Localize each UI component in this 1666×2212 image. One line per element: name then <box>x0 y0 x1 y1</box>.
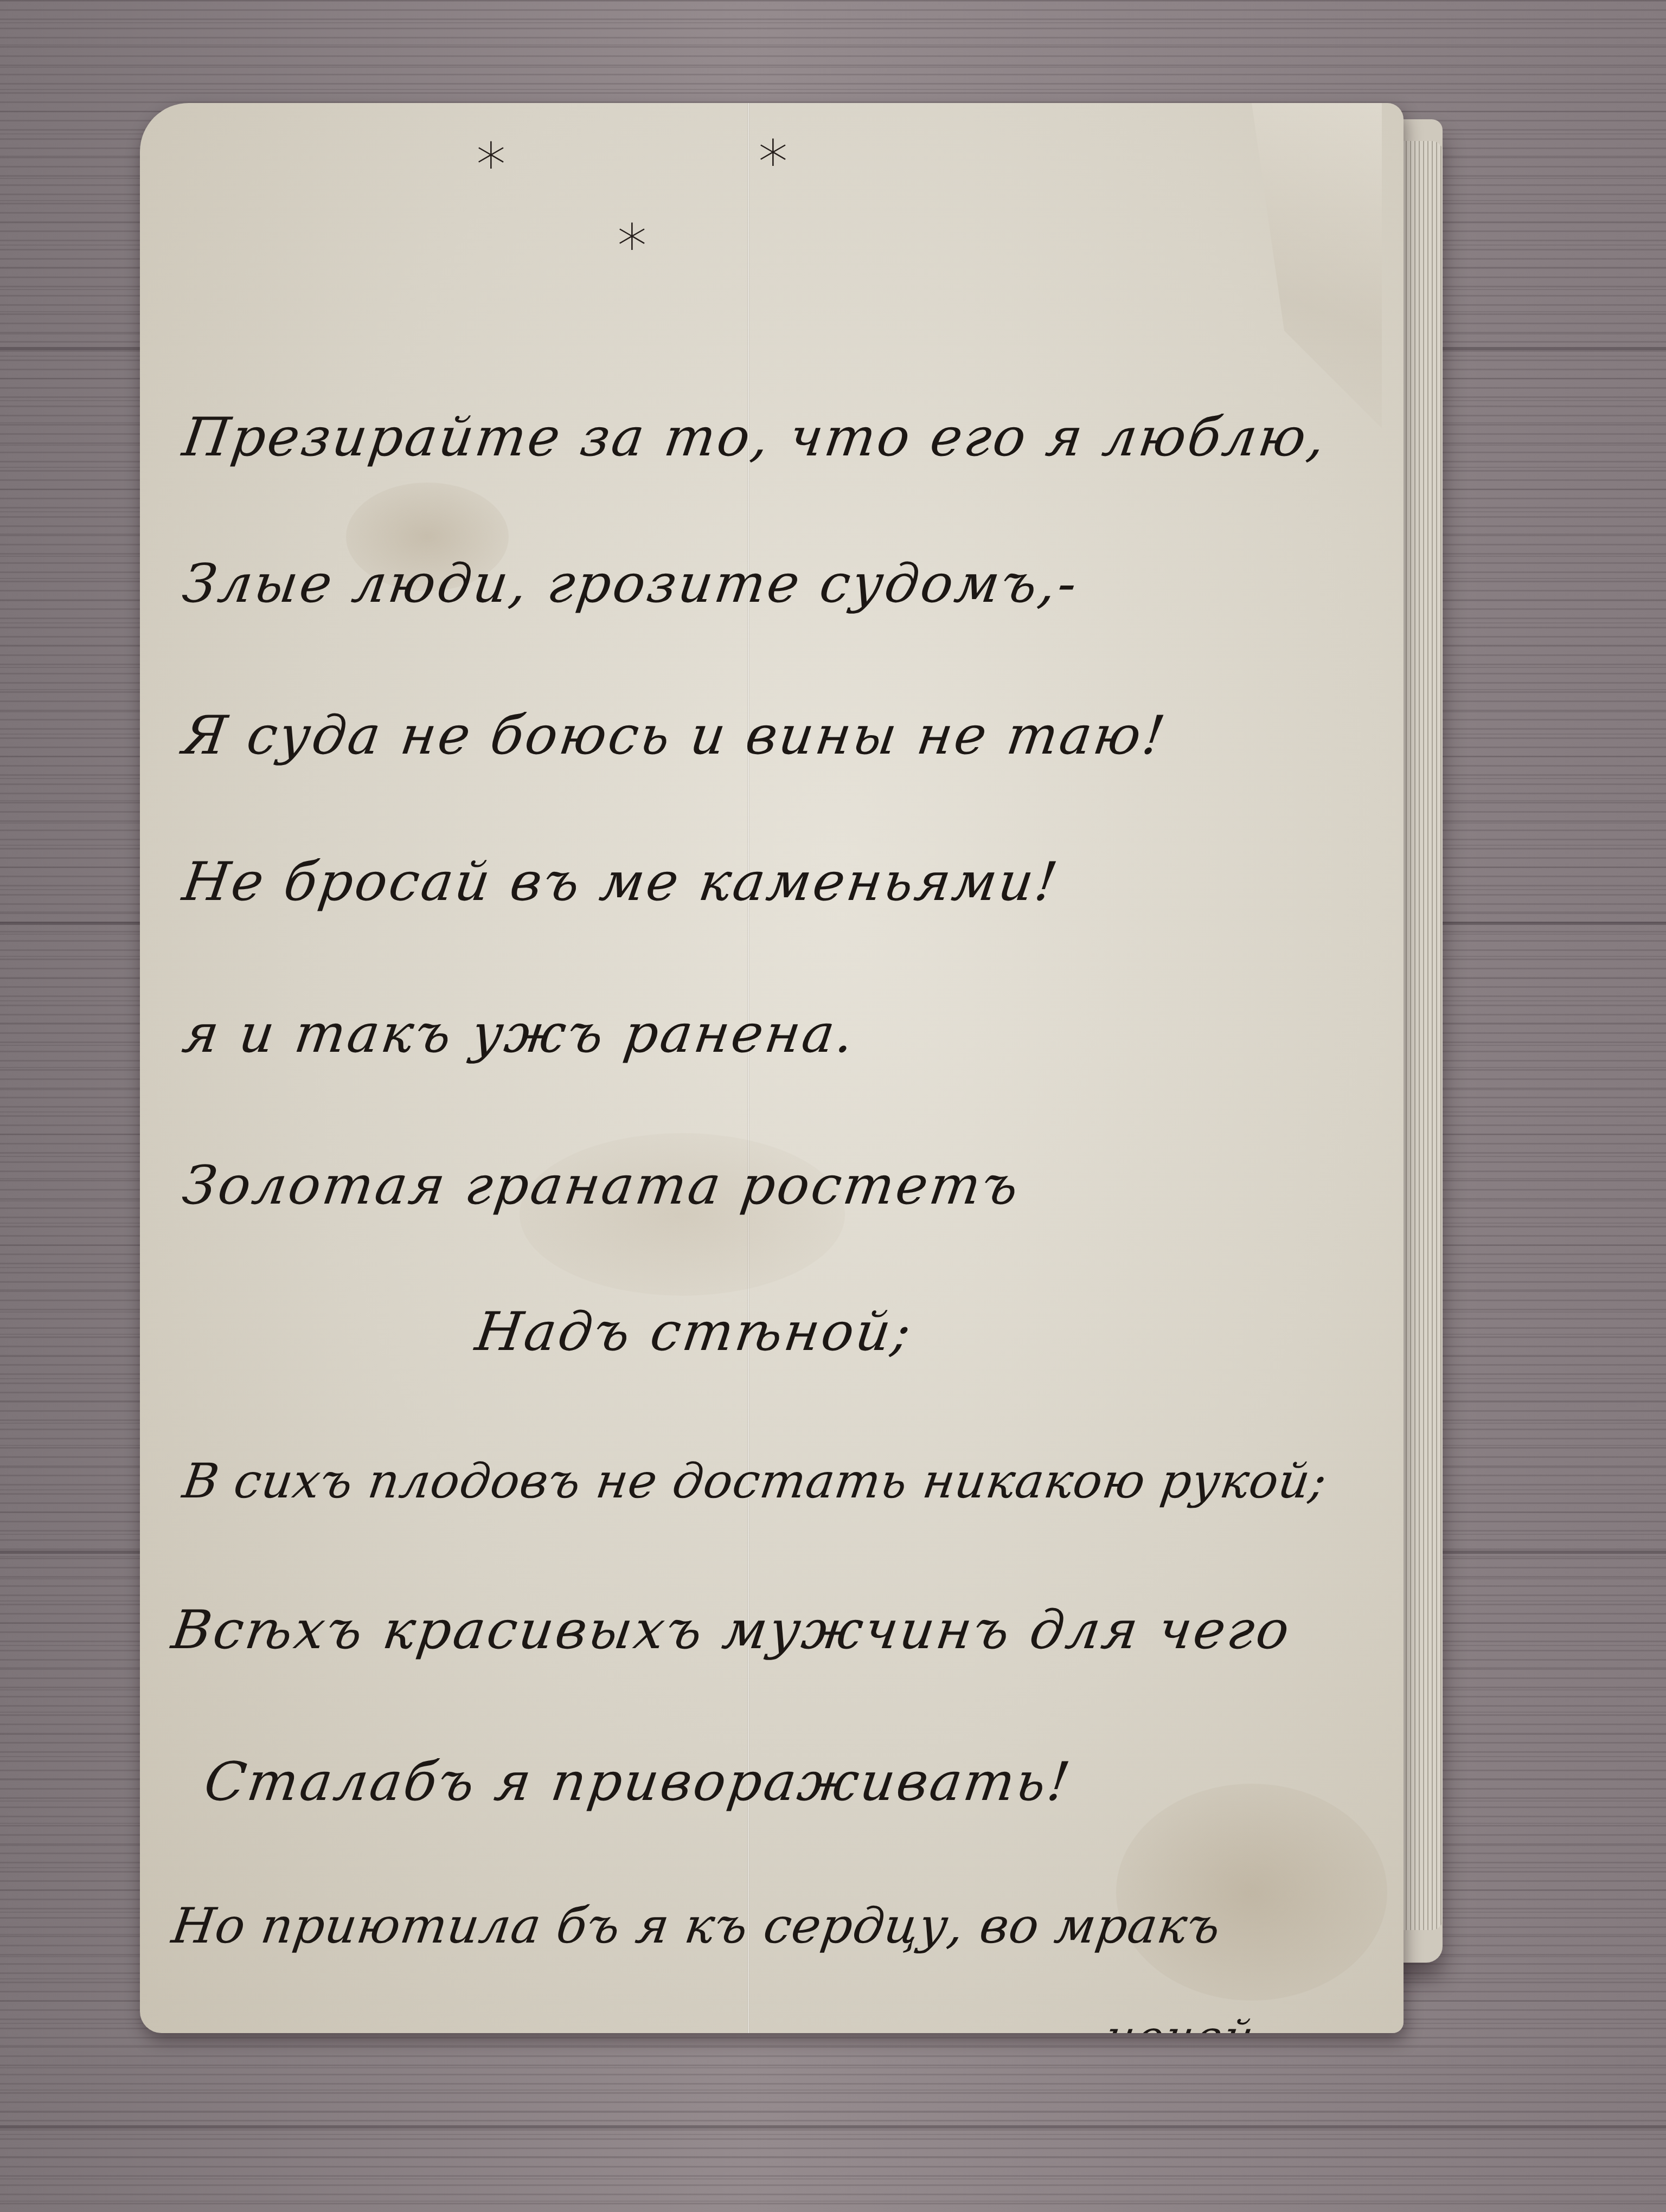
manuscript-page: * * * Презирайте за то, что его я люблю,… <box>140 103 1404 2033</box>
poem-line: я и такъ ужъ ранена. <box>179 1003 860 1065</box>
poem-line: ночей <box>1101 2011 1258 2033</box>
poem-line: Я суда не боюсь и вины не таю! <box>179 705 1171 767</box>
poem-line: Но приютила бъ я къ сердцу, во мракъ <box>169 1898 1225 1954</box>
asterism-ornament: * * * <box>140 103 1404 287</box>
vertical-fold-crease <box>747 103 749 2033</box>
poem-line: Презирайте за то, что его я люблю, <box>179 407 1331 468</box>
poem-line: Надъ стѣной; <box>472 1301 917 1363</box>
wood-board-seam <box>0 2125 1666 2129</box>
poem-line: Золотая граната ростетъ <box>179 1155 1024 1217</box>
asterisk-icon: * <box>476 136 506 195</box>
poem-line: Сталабъ я привораживать! <box>201 1751 1075 1813</box>
asterisk-icon: * <box>758 133 788 192</box>
poem-line: Всѣхъ красивыхъ мужчинъ для чего <box>168 1599 1295 1661</box>
paper-stain <box>1116 1784 1387 2001</box>
poem-line: В сихъ плодовъ не достать никакою рукой; <box>180 1453 1331 1509</box>
poem-line: Злые люди, грозите судомъ,- <box>179 553 1082 615</box>
poem-line: Не бросай въ ме каменьями! <box>179 851 1063 913</box>
asterisk-icon: * <box>617 217 647 276</box>
